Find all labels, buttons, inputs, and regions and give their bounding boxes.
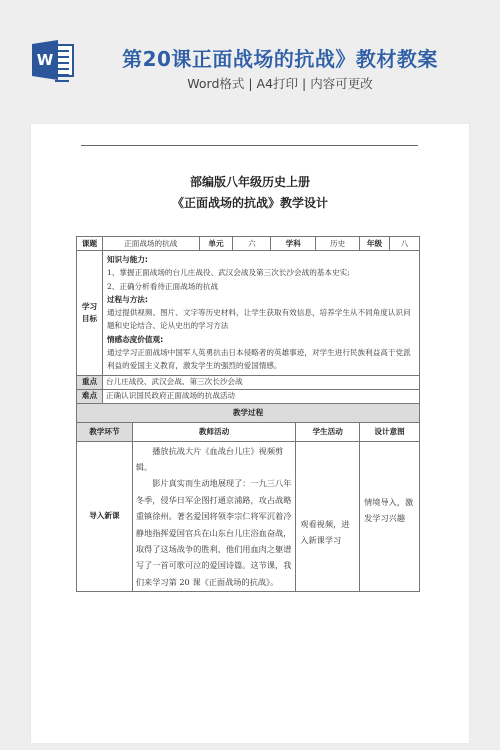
- student-activity-cell: 观看视频，进入新课学习: [296, 441, 360, 592]
- process-text: 通过提供视频、图片、文字等历史材料，让学生获取有效信息，培养学生从不同角度认识问…: [107, 306, 415, 333]
- difficult-point-row: 难点 正确认识国民政府正面战场的抗战活动: [77, 389, 420, 403]
- column-header-stage: 教学环节: [77, 422, 133, 441]
- knowledge-item: 1、掌握正面战场的台儿庄战役、武汉会战及第三次长沙会战的基本史实;: [107, 266, 415, 279]
- unit-label: 单元: [199, 237, 233, 251]
- word-icon: W: [32, 40, 76, 80]
- grade-value: 八: [389, 237, 419, 251]
- topic-label: 课题: [77, 237, 103, 251]
- header-banner: W 第20课正面战场的抗战》教材教案 Word格式 | A4打印 | 内容可更改: [0, 0, 500, 124]
- key-point-row: 重点 台儿庄战役、武汉会战、第三次长沙会战: [77, 375, 420, 389]
- document-title-line2: 《正面战场的抗战》教学设计: [31, 194, 469, 211]
- design-intent-cell: 情境导入，激发学习兴趣: [360, 441, 420, 592]
- key-point-label: 重点: [77, 375, 103, 389]
- banner-title: 第20课正面战场的抗战》教材教案: [110, 43, 450, 72]
- objectives-content: 知识与能力: 1、掌握正面战场的台儿庄战役、武汉会战及第三次长沙会战的基本史实;…: [102, 251, 419, 376]
- stage-cell: 导入新课: [77, 441, 133, 592]
- process-header-row: 教学环节 教师活动 学生活动 设计意图: [77, 422, 420, 441]
- subject-value: 历史: [316, 237, 360, 251]
- key-point-value: 台儿庄战役、武汉会战、第三次长沙会战: [102, 375, 419, 389]
- difficult-point-label: 难点: [77, 389, 103, 403]
- header-rule: [81, 145, 418, 146]
- process-heading: 过程与方法:: [107, 293, 415, 306]
- difficult-point-value: 正确认识国民政府正面战场的抗战活动: [102, 389, 419, 403]
- process-row: 导入新课 播放抗战大片《血战台儿庄》视频剪辑。 影片真实而生动地展现了：一九三八…: [77, 441, 420, 592]
- teacher-activity-cell: 播放抗战大片《血战台儿庄》视频剪辑。 影片真实而生动地展现了：一九三八年冬季，侵…: [132, 441, 295, 592]
- document-title-line1: 部编版八年级历史上册: [31, 173, 469, 190]
- grade-label: 年级: [360, 237, 390, 251]
- document-page: 部编版八年级历史上册 《正面战场的抗战》教学设计 课题 正面战场的抗战 单元 六…: [31, 124, 469, 743]
- process-band-title: 教学过程: [77, 403, 420, 422]
- column-header-teacher: 教师活动: [132, 422, 295, 441]
- knowledge-item: 2、正确分析看待正面战场的抗战: [107, 280, 415, 293]
- objectives-label: 学习 目标: [77, 251, 103, 376]
- subject-label: 学科: [271, 237, 316, 251]
- objectives-label-line1: 学习: [82, 302, 97, 311]
- word-letter: W: [36, 51, 54, 69]
- objectives-row: 学习 目标 知识与能力: 1、掌握正面战场的台儿庄战役、武汉会战及第三次长沙会战…: [77, 251, 420, 376]
- emotion-heading: 情感态度价值观:: [107, 333, 415, 346]
- knowledge-heading: 知识与能力:: [107, 253, 415, 266]
- process-band-row: 教学过程: [77, 403, 420, 422]
- teacher-paragraph-2: 影片真实而生动地展现了：一九三八年冬季，侵华日军企图打通京浦路，攻占战略重镇徐州…: [136, 475, 292, 590]
- objectives-label-line2: 目标: [82, 314, 97, 323]
- column-header-student: 学生活动: [296, 422, 360, 441]
- column-header-intent: 设计意图: [360, 422, 420, 441]
- emotion-text: 通过学习正面战场中国军人英勇抗击日本侵略者的英雄事迹，对学生进行民族利益高于党派…: [107, 346, 415, 373]
- lesson-plan-table: 课题 正面战场的抗战 单元 六 学科 历史 年级 八 学习 目标 知识与能力: …: [76, 236, 420, 592]
- unit-value: 六: [233, 237, 271, 251]
- teacher-paragraph-1: 播放抗战大片《血战台儿庄》视频剪辑。: [136, 443, 292, 476]
- topic-value: 正面战场的抗战: [102, 237, 199, 251]
- info-row: 课题 正面战场的抗战 单元 六 学科 历史 年级 八: [77, 237, 420, 251]
- banner-subtitle: Word格式 | A4打印 | 内容可更改: [110, 74, 450, 92]
